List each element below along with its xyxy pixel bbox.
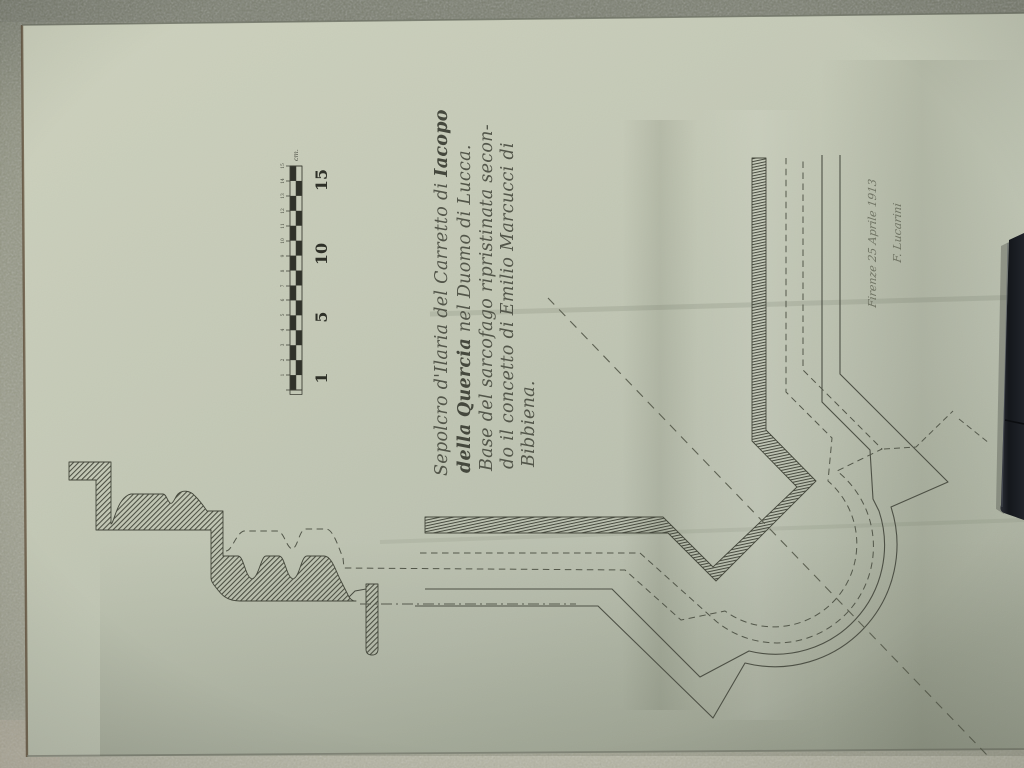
photographed-architectural-drawing: cm. 15 10 5 1 1 2 3 4 5 6 7 8 9 10 11 12…	[0, 0, 1024, 768]
drawing-photo-canvas: cm. 15 10 5 1 1 2 3 4 5 6 7 8 9 10 11 12…	[0, 0, 1024, 768]
photo-vignette	[0, 0, 1024, 768]
